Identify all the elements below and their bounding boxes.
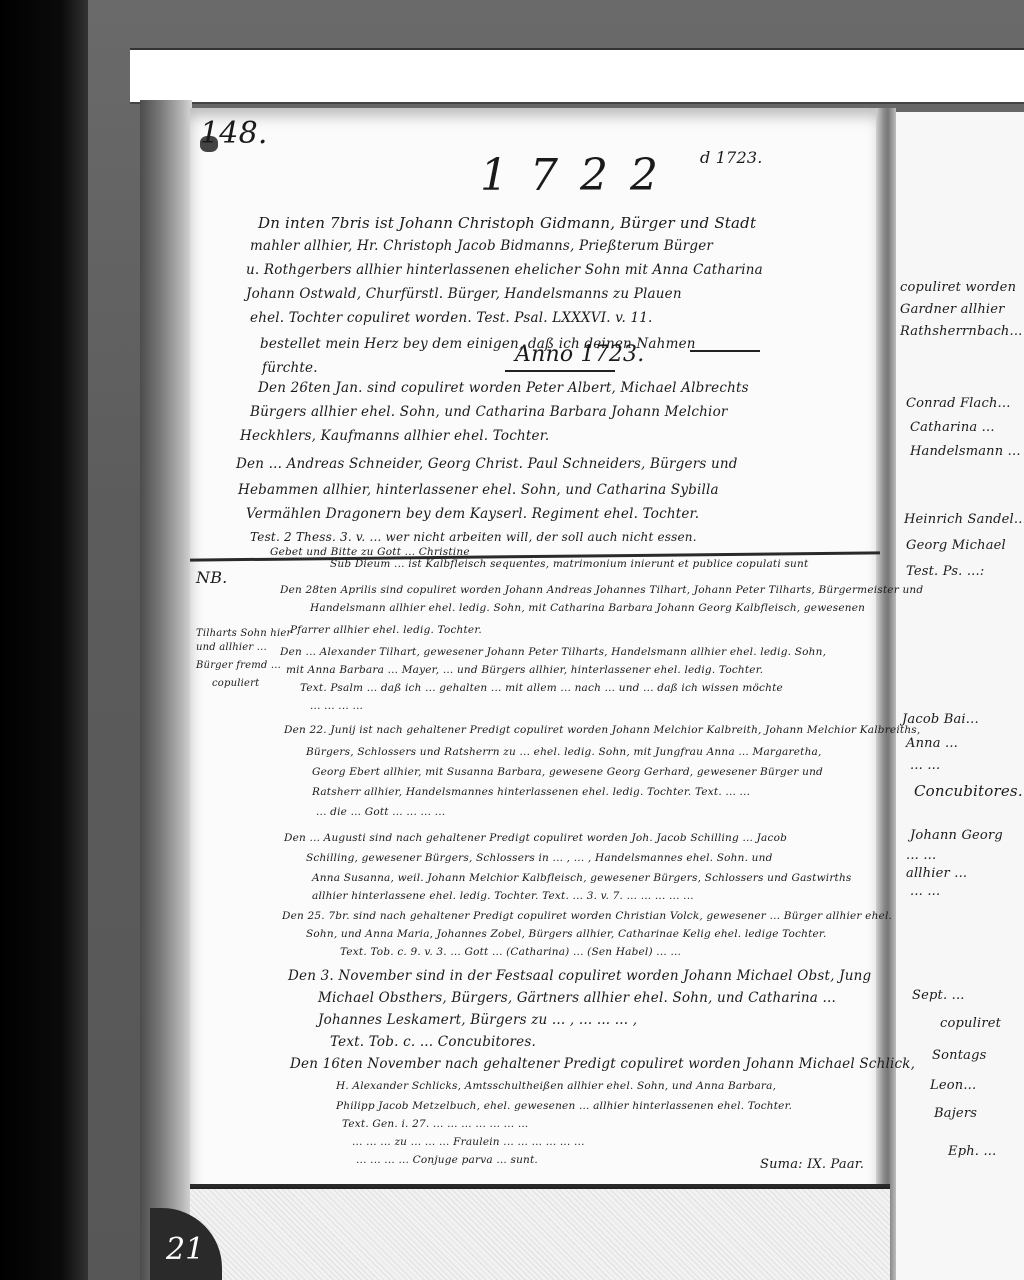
- margin-note: copuliert: [212, 678, 259, 689]
- year-heading: 1722: [480, 150, 680, 201]
- entry-line: Sub Dieum ... ist Kalbfleisch sequentes,…: [330, 558, 808, 570]
- fragment-line: Georg Michael: [906, 538, 1006, 553]
- entry-line: ... ... ... zu ... ... ... Fraulein ... …: [352, 1136, 585, 1148]
- entry-line: Text. Tob. c. 9. v. 3. ... Gott ... (Cat…: [340, 946, 681, 958]
- entry-line: Text. Gen. i. 27. ... ... ... ... ... ..…: [342, 1118, 528, 1130]
- page-bottom-margin: [190, 1186, 890, 1280]
- fragment-line: Heinrich Sandel...: [904, 512, 1024, 527]
- entry-line: Johannes Leskamert, Bürgers zu ... , ...…: [318, 1012, 637, 1028]
- entry-line: Test. 2 Thess. 3. v. ... wer nicht arbei…: [250, 530, 697, 544]
- year-note: d 1723.: [700, 148, 763, 167]
- entry-line: mit Anna Barbara ... Mayer, ... und Bürg…: [286, 664, 763, 676]
- book-binding-edge: [140, 100, 192, 1280]
- top-paper-strip: [130, 48, 1024, 104]
- entry-line: Bürgers, Schlossers und Ratsherrn zu ...…: [306, 746, 822, 758]
- entry-line: u. Rothgerbers allhier hinterlassenen eh…: [246, 262, 763, 278]
- fragment-line: Rathsherrnbach...: [900, 324, 1023, 339]
- entry-line: Vermählen Dragonern bey dem Kayserl. Reg…: [246, 506, 699, 522]
- entry-line: Georg Ebert allhier, mit Susanna Barbara…: [312, 766, 823, 778]
- entry-line: Michael Obsthers, Bürgers, Gärtners allh…: [318, 990, 836, 1006]
- entry-line: Dn inten 7bris ist Johann Christoph Gidm…: [258, 214, 756, 232]
- entry-line: Heckhlers, Kaufmanns allhier ehel. Tocht…: [240, 428, 549, 444]
- sub-heading-anno: Anno 1723.: [515, 342, 644, 367]
- entry-line: Johann Ostwald, Churfürstl. Bürger, Hand…: [246, 286, 682, 302]
- entry-line: Text. Tob. c. ... Concubitores.: [330, 1034, 536, 1050]
- entry-line: Text. Psalm ... daß ich ... gehalten ...…: [300, 682, 783, 694]
- entry-line: allhier hinterlassene ehel. ledig. Tocht…: [312, 890, 694, 902]
- fragment-line: Concubitores.: [914, 782, 1023, 800]
- fragment-line: copuliret worden: [900, 280, 1016, 295]
- entry-line: ... die ... Gott ... ... ... ...: [316, 806, 445, 818]
- entry-line: Den 26ten Jan. sind copuliret worden Pet…: [258, 380, 749, 396]
- entry-line: Den ... Alexander Tilhart, gewesener Joh…: [280, 646, 826, 658]
- entry-line: Philipp Jacob Metzelbuch, ehel. gewesene…: [336, 1100, 792, 1112]
- margin-mark-nb: NB.: [196, 568, 227, 587]
- page-bottom-rule: [190, 1184, 890, 1187]
- fragment-line: Leon...: [930, 1078, 976, 1093]
- entry-line: ... ... ... ...: [310, 700, 363, 712]
- entry-line: Schilling, gewesener Bürgers, Schlossers…: [306, 852, 773, 864]
- fragment-line: Sontags: [932, 1048, 986, 1063]
- fragment-line: Catharina ...: [910, 420, 995, 435]
- entry-line: Den ... Andreas Schneider, Georg Christ.…: [236, 456, 738, 472]
- entry-line: Den 22. Junij ist nach gehaltener Predig…: [284, 724, 920, 736]
- fragment-line: Test. Ps. ...:: [906, 564, 984, 579]
- fragment-line: copuliret: [940, 1016, 1001, 1031]
- fragment-line: Anna ...: [906, 736, 958, 751]
- entry-line: ehel. Tochter copuliret worden. Test. Ps…: [250, 310, 653, 326]
- underline-rule: [690, 350, 760, 352]
- entry-line: Anna Susanna, weil. Johann Melchior Kalb…: [312, 872, 852, 884]
- fragment-line: ... ...: [910, 758, 940, 773]
- fragment-line: Gardner allhier: [900, 302, 1005, 317]
- entry-line: Bürgers allhier ehel. Sohn, und Catharin…: [250, 404, 728, 420]
- entry-line: Den 16ten November nach gehaltener Predi…: [290, 1056, 915, 1072]
- entry-line: Pfarrer allhier ehel. ledig. Tochter.: [290, 624, 482, 636]
- page-gutter: [876, 108, 896, 1280]
- frame-number: 21: [166, 1232, 204, 1267]
- fragment-line: ... ...: [906, 848, 936, 863]
- fragment-line: Handelsmann ...: [910, 444, 1021, 459]
- entry-line: Hebammen allhier, hinterlassener ehel. S…: [238, 482, 719, 498]
- film-left-margin: [0, 0, 88, 1280]
- entry-line: Den 3. November sind in der Festsaal cop…: [288, 968, 871, 984]
- fragment-line: Eph. ...: [948, 1144, 996, 1159]
- fragment-line: Bajers: [934, 1106, 977, 1121]
- entry-line: mahler allhier, Hr. Christoph Jacob Bidm…: [250, 238, 713, 254]
- fragment-line: Conrad Flach...: [906, 396, 1011, 411]
- margin-note: Tilharts Sohn hier: [196, 628, 291, 639]
- entry-line: Den 28ten Aprilis sind copuliret worden …: [280, 584, 923, 596]
- fragment-line: Sept. ...: [912, 988, 965, 1003]
- summary-total: Suma: IX. Paar.: [760, 1157, 864, 1172]
- entry-line: Ratsherr allhier, Handelsmannes hinterla…: [312, 786, 750, 798]
- fragment-line: Jacob Bai...: [902, 712, 979, 727]
- underline-rule: [505, 370, 615, 372]
- margin-note: Bürger fremd ...: [196, 660, 281, 671]
- entry-line: Sohn, und Anna Maria, Johannes Zobel, Bü…: [306, 928, 827, 940]
- entry-line: ... ... ... ... Conjuge parva ... sunt.: [356, 1154, 538, 1166]
- fragment-line: Johann Georg: [910, 828, 1003, 843]
- fragment-line: allhier ...: [906, 866, 967, 881]
- margin-note: und allhier ...: [196, 642, 267, 653]
- entry-line: H. Alexander Schlicks, Amtsschultheißen …: [336, 1080, 776, 1092]
- entry-line: Den ... Augusti sind nach gehaltener Pre…: [284, 832, 787, 844]
- entry-line: fürchte.: [262, 360, 318, 376]
- fragment-line: ... ...: [910, 884, 940, 899]
- entry-line: Den 25. 7br. sind nach gehaltener Predig…: [282, 910, 892, 922]
- folio-number: 148.: [200, 116, 268, 151]
- entry-line: Handelsmann allhier ehel. ledig. Sohn, m…: [310, 602, 865, 614]
